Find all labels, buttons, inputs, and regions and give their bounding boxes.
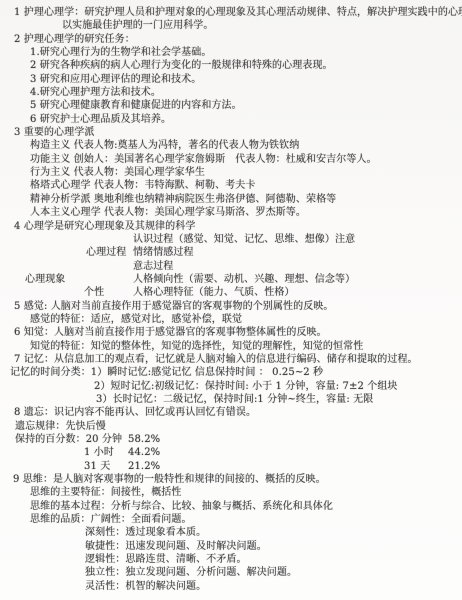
text-segment: 2 研究各种疾病的病人心理行为变化的一般规律和特殊的心理表现。 [30, 59, 333, 72]
text-line: 人本主义心理学 代表人物：美国心理学家马斯洛、罗杰斯等。 [0, 206, 462, 219]
text-line: 1 小时44.2% [0, 446, 462, 459]
text-line: 以实施最佳护理的一门应用科学。 [0, 19, 462, 32]
text-segment: 2）短时记忆:初级记忆：保持时间: 小于 1 分钟，容量: 7±2 个组块 [94, 380, 398, 393]
text-line: 心理现象人格倾向性（需要、动机、兴趣、理想、信念等） [0, 273, 462, 286]
text-line: 保持的百分数：20 分钟58.2% [0, 433, 462, 446]
text-segment: 记忆的时间分类：1）瞬时记忆:感觉记忆 信息保持时间 ： 0.25~2 秒 [10, 366, 323, 379]
text-segment: 保持的百分数：20 分钟 [15, 433, 122, 446]
text-line: 深刻性：透过现象看本质。 [0, 526, 462, 539]
text-line: 4 心理学是研究心理现象及其规律的科学 [0, 220, 462, 233]
text-segment: 思维的品质：广阔性：全面看问题。 [30, 513, 192, 526]
text-line: 7 记忆：从信息加工的观点看，记忆就是人脑对输入的信息进行编码、储存和提取的过程… [0, 353, 462, 366]
text-segment: 44.2% [128, 446, 160, 459]
text-segment: 7 记忆：从信息加工的观点看，记忆就是人脑对输入的信息进行编码、储存和提取的过程… [14, 353, 418, 366]
text-segment: 构造主义 代表人物:奠基人为冯特，著名的代表人物为铁钦纳 [30, 139, 299, 152]
text-segment: 6 知觉：人脑对当前直接作用于感觉器官的客观事物整体属性的反映。 [14, 326, 327, 339]
text-segment: 1 护理心理学：研究护理人员和护理对象的心理现象及其心理活动规律、特点，解决护理… [14, 6, 462, 19]
text-line: 知觉的特征：知觉的整体性，知觉的选择性，知觉的理解性，知觉的恒常性 [0, 340, 462, 353]
text-segment: 情绪情感过程 [133, 246, 194, 259]
text-segment: 4.研究心理护理方法和技术。 [30, 86, 161, 99]
text-line: 8 遗忘：识记内容不能再认、回忆或再认回忆有错误。 [0, 406, 462, 419]
text-segment: 心理现象 [25, 273, 65, 286]
text-line: 格塔式心理学 代表人物：韦特海默、柯勒、考夫卡 [0, 179, 462, 192]
text-segment: 58.2% [128, 433, 160, 446]
text-line: 思维的品质：广阔性：全面看问题。 [0, 513, 462, 526]
text-segment: 21.2% [128, 460, 160, 473]
text-segment: 功能主义 创始人：美国著名心理学家詹姆斯 代表人物：杜威和安吉尔等人。 [30, 153, 377, 166]
text-line: 遗忘规律：先快后慢 [0, 420, 462, 433]
document-body: 1 护理心理学：研究护理人员和护理对象的心理现象及其心理活动规律、特点，解决护理… [0, 6, 462, 593]
text-line: 记忆的时间分类：1）瞬时记忆:感觉记忆 信息保持时间 ： 0.25~2 秒 [0, 366, 462, 379]
text-segment: 知觉的特征：知觉的整体性，知觉的选择性，知觉的理解性，知觉的恒常性 [30, 340, 363, 353]
text-line: 5 研究心理健康教育和健康促进的内容和方法。 [0, 99, 462, 112]
text-line: 3 研究和应用心理评估的理论和技术。 [0, 73, 462, 86]
text-line: 3 重要的心理学派 [0, 126, 462, 139]
text-segment: 心理过程 [86, 246, 126, 259]
text-line: 灵活性：机智的解决问题。 [0, 580, 462, 593]
text-segment: 2 护理心理学的研究任务： [14, 33, 135, 46]
text-segment: 1 小时 [84, 446, 114, 459]
text-line: 行为主义 代表人物：美国心理学家华生 [0, 166, 462, 179]
text-line: 思维的主要特征：间接性，概括性 [0, 486, 462, 499]
text-line: 功能主义 创始人：美国著名心理学家詹姆斯 代表人物：杜威和安吉尔等人。 [0, 153, 462, 166]
text-segment: 31 天 [84, 460, 110, 473]
text-line: 意志过程 [0, 260, 462, 273]
text-segment: 3 重要的心理学派 [14, 126, 94, 139]
text-segment: 人格倾向性（需要、动机、兴趣、理想、信念等） [133, 273, 355, 286]
text-line: 心理过程情绪情感过程 [0, 246, 462, 259]
text-segment: 认识过程（感觉、知觉、记忆、思维、想像）注意 [133, 233, 355, 246]
text-line: 思维的基本过程：分析与综合、比较、抽象与概括、系统化和具体化 [0, 500, 462, 513]
text-line: 构造主义 代表人物:奠基人为冯特，著名的代表人物为铁钦纳 [0, 139, 462, 152]
text-segment: 9 思维：是人脑对客观事物的一般特性和规律的间接的、概括的反映。 [13, 473, 326, 486]
text-line: 逻辑性：思路连贯、清晰、不矛盾。 [0, 553, 462, 566]
text-segment: 思维的主要特征：间接性，概括性 [30, 486, 182, 499]
text-line: 6 知觉：人脑对当前直接作用于感觉器官的客观事物整体属性的反映。 [0, 326, 462, 339]
text-line: 感觉的特征：适应，感觉对比，感觉补偿，联觉 [0, 313, 462, 326]
text-line: 9 思维：是人脑对客观事物的一般特性和规律的间接的、概括的反映。 [0, 473, 462, 486]
text-segment: 意志过程 [133, 260, 173, 273]
text-segment: 精神分析学派 奥地利维也纳精神病院医生弗洛伊德、阿德勒、荣格等 [30, 193, 336, 206]
text-segment: 5 研究心理健康教育和健康促进的内容和方法。 [30, 99, 242, 112]
text-line: 3）长时记忆：二级记忆，保持时间:1 分钟~终生，容量: 无限 [0, 393, 462, 406]
text-line: 认识过程（感觉、知觉、记忆、思维、想像）注意 [0, 233, 462, 246]
text-segment: 3）长时记忆：二级记忆，保持时间:1 分钟~终生，容量: 无限 [96, 393, 373, 406]
text-line: 精神分析学派 奥地利维也纳精神病院医生弗洛伊德、阿德勒、荣格等 [0, 193, 462, 206]
text-segment: 感觉的特征：适应，感觉对比，感觉补偿，联觉 [30, 313, 242, 326]
text-segment: 3 研究和应用心理评估的理论和技术。 [30, 73, 201, 86]
text-line: 5 感觉: 人脑对当前直接作用于感觉器官的客观事物的个别属性的反映。 [0, 300, 462, 313]
document-page: 1 护理心理学：研究护理人员和护理对象的心理现象及其心理活动规律、特点，解决护理… [0, 0, 462, 600]
text-segment: 行为主义 代表人物：美国心理学家华生 [30, 166, 205, 179]
text-line: 2 研究各种疾病的病人心理行为变化的一般规律和特殊的心理表现。 [0, 59, 462, 72]
text-segment: 以实施最佳护理的一门应用科学。 [62, 19, 214, 32]
text-line: 1.研究心理行为的生物学和社会学基础。 [0, 46, 462, 59]
text-segment: 敏捷性：迅速发现问题、及时解决问题。 [85, 540, 267, 553]
text-line: 6 研究护士心理品质及其培养。 [0, 113, 462, 126]
text-segment: 遗忘规律：先快后慢 [15, 420, 106, 433]
text-segment: 灵活性：机智的解决问题。 [85, 580, 206, 593]
text-segment: 思维的基本过程：分析与综合、比较、抽象与概括、系统化和具体化 [30, 500, 333, 513]
text-line: 31 天21.2% [0, 460, 462, 473]
text-line: 4.研究心理护理方法和技术。 [0, 86, 462, 99]
text-segment: 人格心理特征（能力、气质、性格） [133, 286, 295, 299]
text-segment: 1.研究心理行为的生物学和社会学基础。 [30, 46, 211, 59]
text-segment: 6 研究护士心理品质及其培养。 [30, 113, 171, 126]
text-segment: 独立性：独立发现问题、分析问题、解决问题。 [85, 566, 297, 579]
text-line: 敏捷性：迅速发现问题、及时解决问题。 [0, 540, 462, 553]
text-segment: 4 心理学是研究心理现象及其规律的科学 [14, 220, 195, 233]
text-segment: 深刻性：透过现象看本质。 [85, 526, 206, 539]
text-line: 2 护理心理学的研究任务： [0, 33, 462, 46]
text-segment: 8 遗忘：识记内容不能再认、回忆或再认回忆有错误。 [14, 406, 256, 419]
text-line: 1 护理心理学：研究护理人员和护理对象的心理现象及其心理活动规律、特点，解决护理… [0, 6, 462, 19]
text-segment: 个性 [84, 286, 104, 299]
text-segment: 人本主义心理学 代表人物：美国心理学家马斯洛、罗杰斯等。 [30, 206, 306, 219]
text-segment: 5 感觉: 人脑对当前直接作用于感觉器官的客观事物的个别属性的反映。 [14, 300, 334, 313]
text-segment: 逻辑性：思路连贯、清晰、不矛盾。 [85, 553, 247, 566]
text-line: 独立性：独立发现问题、分析问题、解决问题。 [0, 566, 462, 579]
text-line: 个性人格心理特征（能力、气质、性格） [0, 286, 462, 299]
text-line: 2）短时记忆:初级记忆：保持时间: 小于 1 分钟，容量: 7±2 个组块 [0, 380, 462, 393]
text-segment: 格塔式心理学 代表人物：韦特海默、柯勒、考夫卡 [30, 179, 255, 192]
